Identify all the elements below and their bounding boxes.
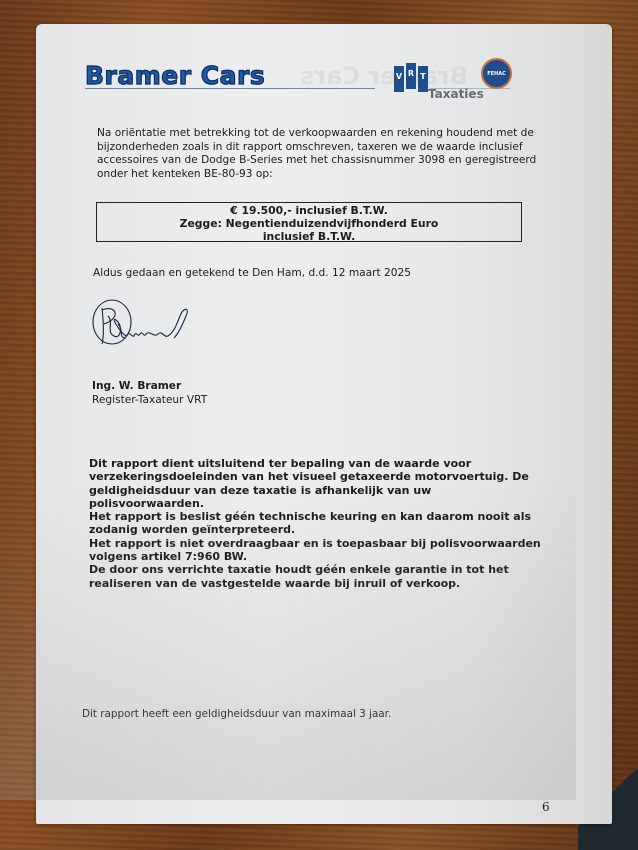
intro-paragraph: Na oriëntatie met betrekking tot de verk…: [97, 127, 547, 181]
page-number: 6: [542, 800, 550, 814]
disclaimer-paragraph: Het rapport is niet overdraagbaar en is …: [89, 537, 549, 564]
fehac-label: FEHAC: [487, 71, 506, 77]
disclaimer-paragraph: Dit rapport dient uitsluitend ter bepali…: [89, 457, 549, 510]
disclaimer-paragraph: Het rapport is beslist géén technische k…: [89, 510, 549, 537]
signer-title: Register-Taxateur VRT: [92, 394, 207, 406]
disclaimer-block: Dit rapport dient uitsluitend ter bepali…: [89, 457, 549, 590]
valuation-in-words: Zegge: Negentienduizendvijfhonderd Euro: [97, 217, 521, 230]
vrt-letter: V: [394, 66, 404, 92]
signer-name: Ing. W. Bramer: [92, 380, 181, 392]
vrt-letter: T: [418, 66, 428, 92]
vrt-logo: V R T: [394, 66, 428, 92]
signed-statement: Aldus gedaan en getekend te Den Ham, d.d…: [93, 267, 411, 279]
valuation-vat-note: inclusief B.T.W.: [97, 230, 521, 243]
letterhead: Bramer Cars V R T Taxaties FEHAC: [85, 55, 515, 105]
validity-note: Dit rapport heeft een geldigheidsduur va…: [82, 708, 391, 720]
fehac-badge-icon: FEHAC: [481, 58, 512, 89]
brand-logo-text: Bramer Cars: [85, 61, 265, 90]
taxaties-subtitle: Taxaties: [428, 87, 484, 101]
valuation-amount: € 19.500,- inclusief B.T.W.: [97, 204, 521, 217]
valuation-box: € 19.500,- inclusief B.T.W. Zegge: Negen…: [96, 202, 522, 242]
vrt-letter: R: [406, 63, 416, 89]
signature-icon: [90, 296, 200, 356]
header-rule: [85, 88, 375, 89]
disclaimer-paragraph: De door ons verrichte taxatie houdt géén…: [89, 563, 549, 590]
